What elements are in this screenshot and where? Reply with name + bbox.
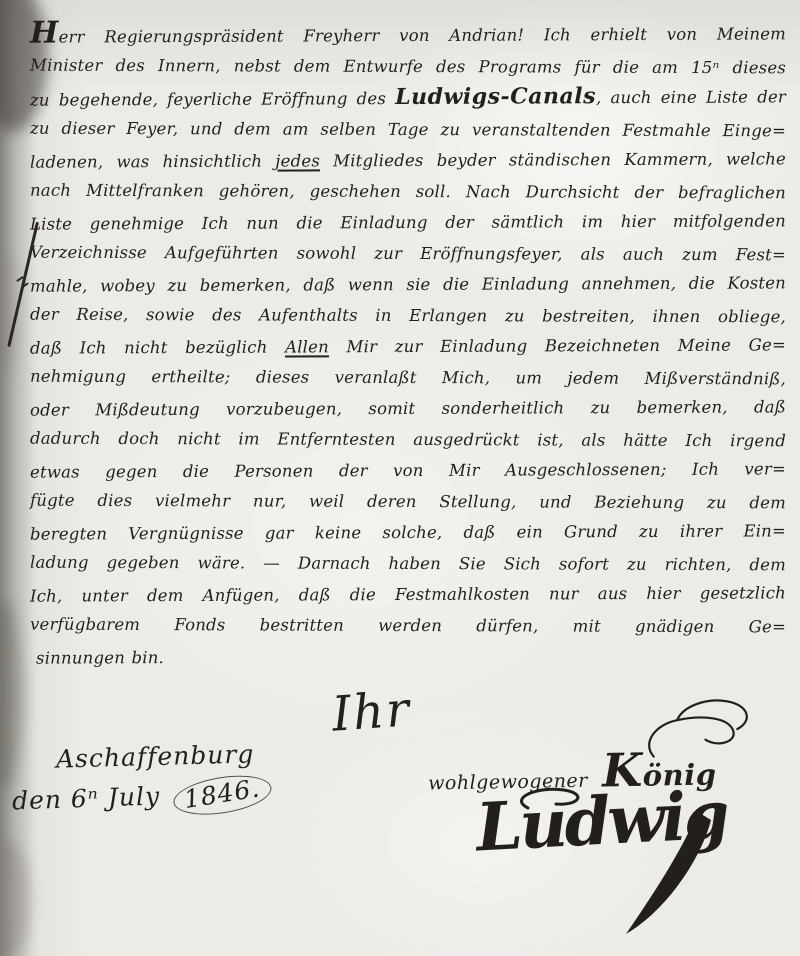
letter-line: Ich, unter dem Anfügen, daß die Festmahl… xyxy=(30,577,786,611)
signature-name: Ludwig xyxy=(474,775,728,866)
letter-line: nach Mittelfranken gehören, geschehen so… xyxy=(30,175,786,209)
letter-line: fügte dies vielmehr nur, weil deren Stel… xyxy=(30,485,786,519)
place-line: Aschaffenburg xyxy=(56,739,255,773)
margin-annotation-mark xyxy=(0,220,56,365)
letter-line: nehmigung ertheilte; dieses veranlaßt Mi… xyxy=(30,361,786,395)
letter-line: dadurch doch nicht im Entferntesten ausg… xyxy=(30,423,786,457)
royal-signature: Ludwig xyxy=(468,780,768,956)
letter-line: daß Ich nicht bezüglich Allen Mir zur Ei… xyxy=(30,329,786,363)
date-line: den 6ⁿ July 1846. xyxy=(11,775,272,820)
letter-line: der Reise, sowie des Aufenthalts in Erla… xyxy=(30,299,786,333)
letter-line: zu dieser Feyer, und dem am selben Tage … xyxy=(30,113,786,147)
letter-line: ladung gegeben wäre. — Darnach haben Sie… xyxy=(30,547,786,581)
emphasized-phrase: Ludwigs-Canals xyxy=(395,83,596,110)
letter-line: beregten Vergnügnisse gar keine solche, … xyxy=(30,515,786,549)
letter-line: etwas gegen die Personen der von Mir Aus… xyxy=(30,453,786,487)
letter-line: Liste genehmige Ich nun die Einladung de… xyxy=(30,205,786,239)
underlined-word: Allen xyxy=(285,337,329,356)
letter-page: Herr Regierungspräsident Freyherr von An… xyxy=(0,0,800,956)
letter-line: Minister des Innern, nebst dem Entwurfe … xyxy=(30,50,786,84)
scan-smudge xyxy=(0,840,30,956)
letter-line: Verzeichnisse Aufgeführten sowohl zur Er… xyxy=(30,237,786,271)
letter-body: Herr Regierungspräsident Freyherr von An… xyxy=(30,16,786,672)
letter-line: Herr Regierungspräsident Freyherr von An… xyxy=(30,14,786,52)
scan-smudge xyxy=(0,600,22,790)
letter-line: oder Mißdeutung vorzubeugen, somit sonde… xyxy=(30,391,786,425)
closing-word: Ihr xyxy=(330,681,413,742)
date-text: den 6ⁿ July xyxy=(12,781,161,815)
letter-line: ladenen, was hinsichtlich jedes Mitglied… xyxy=(30,143,786,177)
underlined-word: jedes xyxy=(275,151,320,170)
letter-line: mahle, wobey zu bemerken, daß wenn sie d… xyxy=(30,267,786,301)
letter-line: sinnungen bin. xyxy=(30,639,786,673)
letter-line: zu begehende, feyerliche Eröffnung des L… xyxy=(30,80,786,115)
letter-line: verfügbarem Fonds bestritten werden dürf… xyxy=(30,609,786,643)
circled-year: 1846. xyxy=(171,770,274,821)
